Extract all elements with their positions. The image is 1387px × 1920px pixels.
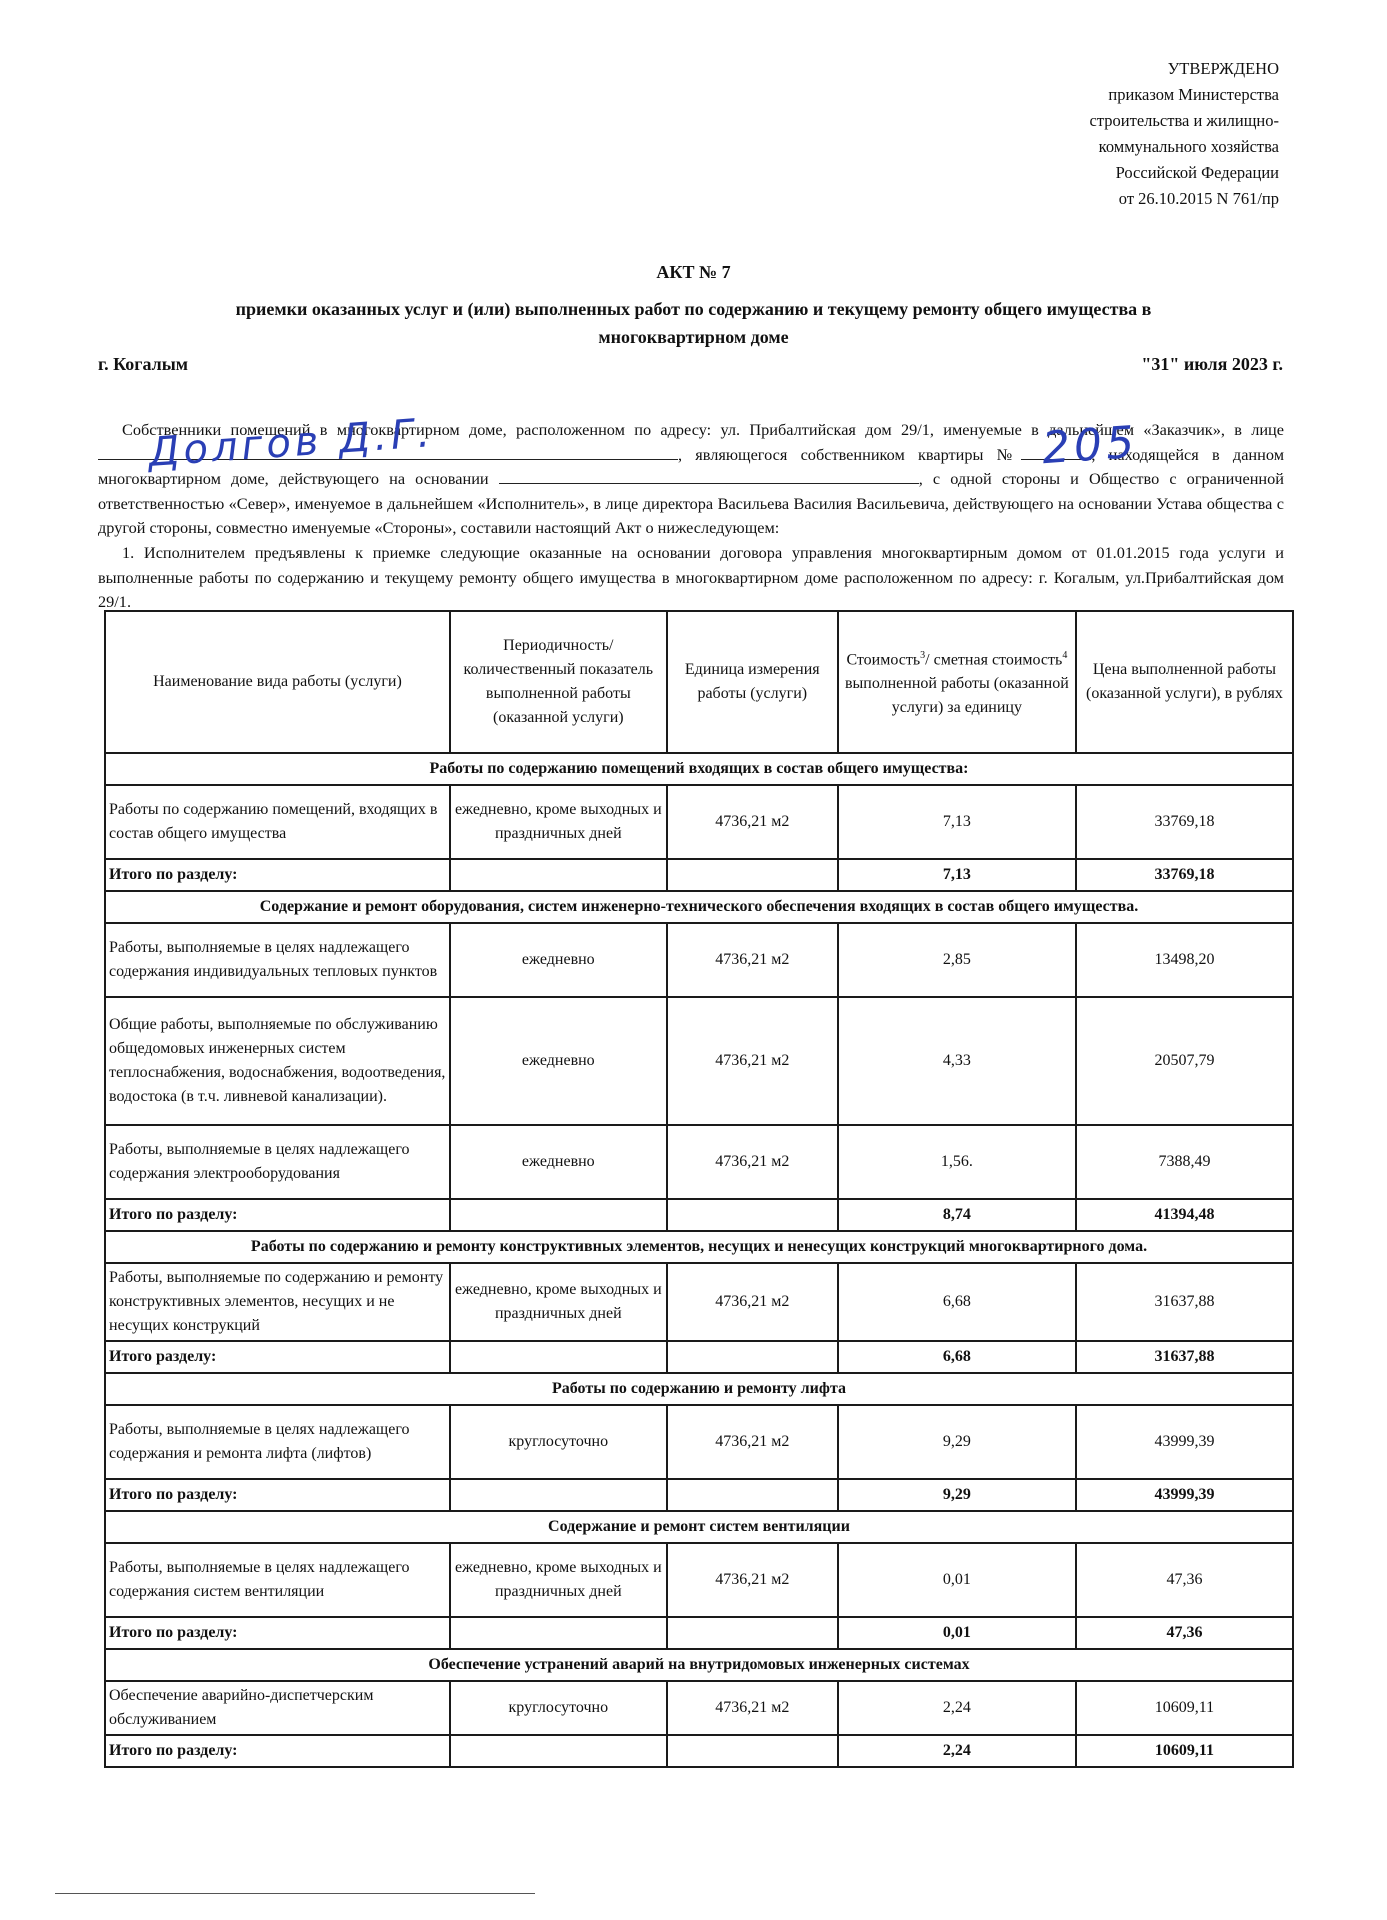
total-empty-cell <box>667 1479 838 1511</box>
approval-line: от 26.10.2015 N 761/пр <box>1090 186 1279 212</box>
total-cost: 8,74 <box>838 1199 1076 1231</box>
total-price: 41394,48 <box>1076 1199 1293 1231</box>
total-empty-cell <box>667 1341 838 1373</box>
table-row: Работы, выполняемые в целях надлежащего … <box>105 923 1293 997</box>
header-name: Наименование вида работы (услуги) <box>105 611 450 753</box>
total-price: 43999,39 <box>1076 1479 1293 1511</box>
table-row: Работы по содержанию помещений, входящих… <box>105 785 1293 859</box>
header-cost: Стоимость3/ сметная стоимость4 выполненн… <box>838 611 1076 753</box>
section-total-row: Итого разделу:6,6831637,88 <box>105 1341 1293 1373</box>
preamble-part: , являющегося собственником квартиры № <box>678 445 1021 464</box>
table-row: Работы, выполняемые в целях надлежащего … <box>105 1405 1293 1479</box>
cell-price: 31637,88 <box>1076 1263 1293 1341</box>
cell-price: 7388,49 <box>1076 1125 1293 1199</box>
header-periodicity: Периодичность/ количественный показатель… <box>450 611 667 753</box>
cell-name: Работы, выполняемые в целях надлежащего … <box>105 1125 450 1199</box>
cell-name: Работы, выполняемые по содержанию и ремо… <box>105 1263 450 1341</box>
header-price: Цена выполненной работы (оказанной услуг… <box>1076 611 1293 753</box>
cell-unit: 4736,21 м2 <box>667 1263 838 1341</box>
total-price: 33769,18 <box>1076 859 1293 891</box>
total-empty-cell <box>667 1617 838 1649</box>
header-cost-text: / сметная стоимость <box>925 651 1062 668</box>
table-row: Работы, выполняемые в целях надлежащего … <box>105 1543 1293 1617</box>
section-header-row: Обеспечение устранений аварий на внутрид… <box>105 1649 1293 1681</box>
total-empty-cell <box>667 1735 838 1767</box>
basis-blank <box>499 467 919 484</box>
cell-price: 47,36 <box>1076 1543 1293 1617</box>
total-empty-cell <box>450 1479 667 1511</box>
cell-price: 43999,39 <box>1076 1405 1293 1479</box>
section-title: Работы по содержанию и ремонту лифта <box>105 1373 1293 1405</box>
section-total-row: Итого по разделу:7,1333769,18 <box>105 859 1293 891</box>
total-empty-cell <box>667 1199 838 1231</box>
cell-unit: 4736,21 м2 <box>667 1405 838 1479</box>
cell-price: 33769,18 <box>1076 785 1293 859</box>
cell-cost: 1,56. <box>838 1125 1076 1199</box>
header-unit: Единица измерения работы (услуги) <box>667 611 838 753</box>
table-body: Работы по содержанию помещений входящих … <box>105 753 1293 1767</box>
cell-periodicity: ежедневно <box>450 997 667 1125</box>
cell-price: 13498,20 <box>1076 923 1293 997</box>
cell-periodicity: ежедневно, кроме выходных и праздничных … <box>450 785 667 859</box>
section-total-row: Итого по разделу:9,2943999,39 <box>105 1479 1293 1511</box>
approval-line: коммунального хозяйства <box>1090 134 1279 160</box>
section-header-row: Содержание и ремонт систем вентиляции <box>105 1511 1293 1543</box>
cell-name: Работы по содержанию помещений, входящих… <box>105 785 450 859</box>
section-header-row: Работы по содержанию и ремонту лифта <box>105 1373 1293 1405</box>
approval-line: строительства и жилищно- <box>1090 108 1279 134</box>
cell-unit: 4736,21 м2 <box>667 785 838 859</box>
total-label: Итого по разделу: <box>105 859 450 891</box>
cell-periodicity: круглосуточно <box>450 1681 667 1735</box>
cell-name: Общие работы, выполняемые по обслуживани… <box>105 997 450 1125</box>
cell-name: Работы, выполняемые в целях надлежащего … <box>105 1543 450 1617</box>
scan-artifact-line <box>55 1893 535 1894</box>
section-header-row: Содержание и ремонт оборудования, систем… <box>105 891 1293 923</box>
cell-unit: 4736,21 м2 <box>667 997 838 1125</box>
total-cost: 0,01 <box>838 1617 1076 1649</box>
cell-name: Работы, выполняемые в целях надлежащего … <box>105 923 450 997</box>
cell-periodicity: ежедневно <box>450 923 667 997</box>
table-row: Работы, выполняемые в целях надлежащего … <box>105 1125 1293 1199</box>
total-cost: 6,68 <box>838 1341 1076 1373</box>
total-empty-cell <box>450 1341 667 1373</box>
footnote-ref: 4 <box>1062 650 1067 661</box>
cell-cost: 9,29 <box>838 1405 1076 1479</box>
total-empty-cell <box>450 1199 667 1231</box>
cell-periodicity: ежедневно <box>450 1125 667 1199</box>
total-empty-cell <box>450 859 667 891</box>
cell-price: 10609,11 <box>1076 1681 1293 1735</box>
total-empty-cell <box>450 1617 667 1649</box>
total-price: 31637,88 <box>1076 1341 1293 1373</box>
cell-cost: 2,85 <box>838 923 1076 997</box>
section-header-row: Работы по содержанию помещений входящих … <box>105 753 1293 785</box>
total-price: 10609,11 <box>1076 1735 1293 1767</box>
table-row: Обеспечение аварийно-диспетчерским обслу… <box>105 1681 1293 1735</box>
table-row: Работы, выполняемые по содержанию и ремо… <box>105 1263 1293 1341</box>
cell-price: 20507,79 <box>1076 997 1293 1125</box>
header-cost-text: выполненной работы (оказанной услуги) за… <box>845 675 1069 716</box>
section-title: Содержание и ремонт систем вентиляции <box>105 1511 1293 1543</box>
section-header-row: Работы по содержанию и ремонту конструкт… <box>105 1231 1293 1263</box>
approval-line: приказом Министерства <box>1090 82 1279 108</box>
total-cost: 2,24 <box>838 1735 1076 1767</box>
cell-name: Работы, выполняемые в целях надлежащего … <box>105 1405 450 1479</box>
cell-periodicity: ежедневно, кроме выходных и праздничных … <box>450 1543 667 1617</box>
cell-periodicity: круглосуточно <box>450 1405 667 1479</box>
total-price: 47,36 <box>1076 1617 1293 1649</box>
total-label: Итого по разделу: <box>105 1735 450 1767</box>
handwritten-apartment-number: 205 <box>1040 417 1139 475</box>
section-total-row: Итого по разделу:0,0147,36 <box>105 1617 1293 1649</box>
section-title: Содержание и ремонт оборудования, систем… <box>105 891 1293 923</box>
total-cost: 7,13 <box>838 859 1076 891</box>
clause-1: 1. Исполнителем предъявлены к приемке сл… <box>98 541 1284 615</box>
cell-unit: 4736,21 м2 <box>667 923 838 997</box>
approval-stamp-text: УТВЕРЖДЕНО приказом Министерства строите… <box>1090 56 1279 212</box>
total-label: Итого по разделу: <box>105 1617 450 1649</box>
total-label: Итого по разделу: <box>105 1199 450 1231</box>
total-cost: 9,29 <box>838 1479 1076 1511</box>
section-title: Работы по содержанию и ремонту конструкт… <box>105 1231 1293 1263</box>
works-table: Наименование вида работы (услуги) Период… <box>104 610 1294 1768</box>
section-title: Обеспечение устранений аварий на внутрид… <box>105 1649 1293 1681</box>
total-empty-cell <box>667 859 838 891</box>
cell-cost: 4,33 <box>838 997 1076 1125</box>
cell-periodicity: ежедневно, кроме выходных и праздничных … <box>450 1263 667 1341</box>
cell-cost: 2,24 <box>838 1681 1076 1735</box>
approval-line: Российской Федерации <box>1090 160 1279 186</box>
cell-cost: 0,01 <box>838 1543 1076 1617</box>
approval-line: УТВЕРЖДЕНО <box>1090 56 1279 82</box>
cell-unit: 4736,21 м2 <box>667 1681 838 1735</box>
total-label: Итого разделу: <box>105 1341 450 1373</box>
cell-unit: 4736,21 м2 <box>667 1543 838 1617</box>
cell-cost: 6,68 <box>838 1263 1076 1341</box>
cell-cost: 7,13 <box>838 785 1076 859</box>
cell-name: Обеспечение аварийно-диспетчерским обслу… <box>105 1681 450 1735</box>
document-subtitle: приемки оказанных услуг и (или) выполнен… <box>170 295 1217 351</box>
section-total-row: Итого по разделу:8,7441394,48 <box>105 1199 1293 1231</box>
document-date: "31" июля 2023 г. <box>1141 354 1283 375</box>
section-total-row: Итого по разделу:2,2410609,11 <box>105 1735 1293 1767</box>
total-label: Итого по разделу: <box>105 1479 450 1511</box>
document-city: г. Когалым <box>98 354 188 375</box>
header-cost-text: Стоимость <box>846 651 920 668</box>
total-empty-cell <box>450 1735 667 1767</box>
table-header-row: Наименование вида работы (услуги) Период… <box>105 611 1293 753</box>
section-title: Работы по содержанию помещений входящих … <box>105 753 1293 785</box>
table-row: Общие работы, выполняемые по обслуживани… <box>105 997 1293 1125</box>
document-title: АКТ № 7 <box>0 262 1387 283</box>
cell-unit: 4736,21 м2 <box>667 1125 838 1199</box>
